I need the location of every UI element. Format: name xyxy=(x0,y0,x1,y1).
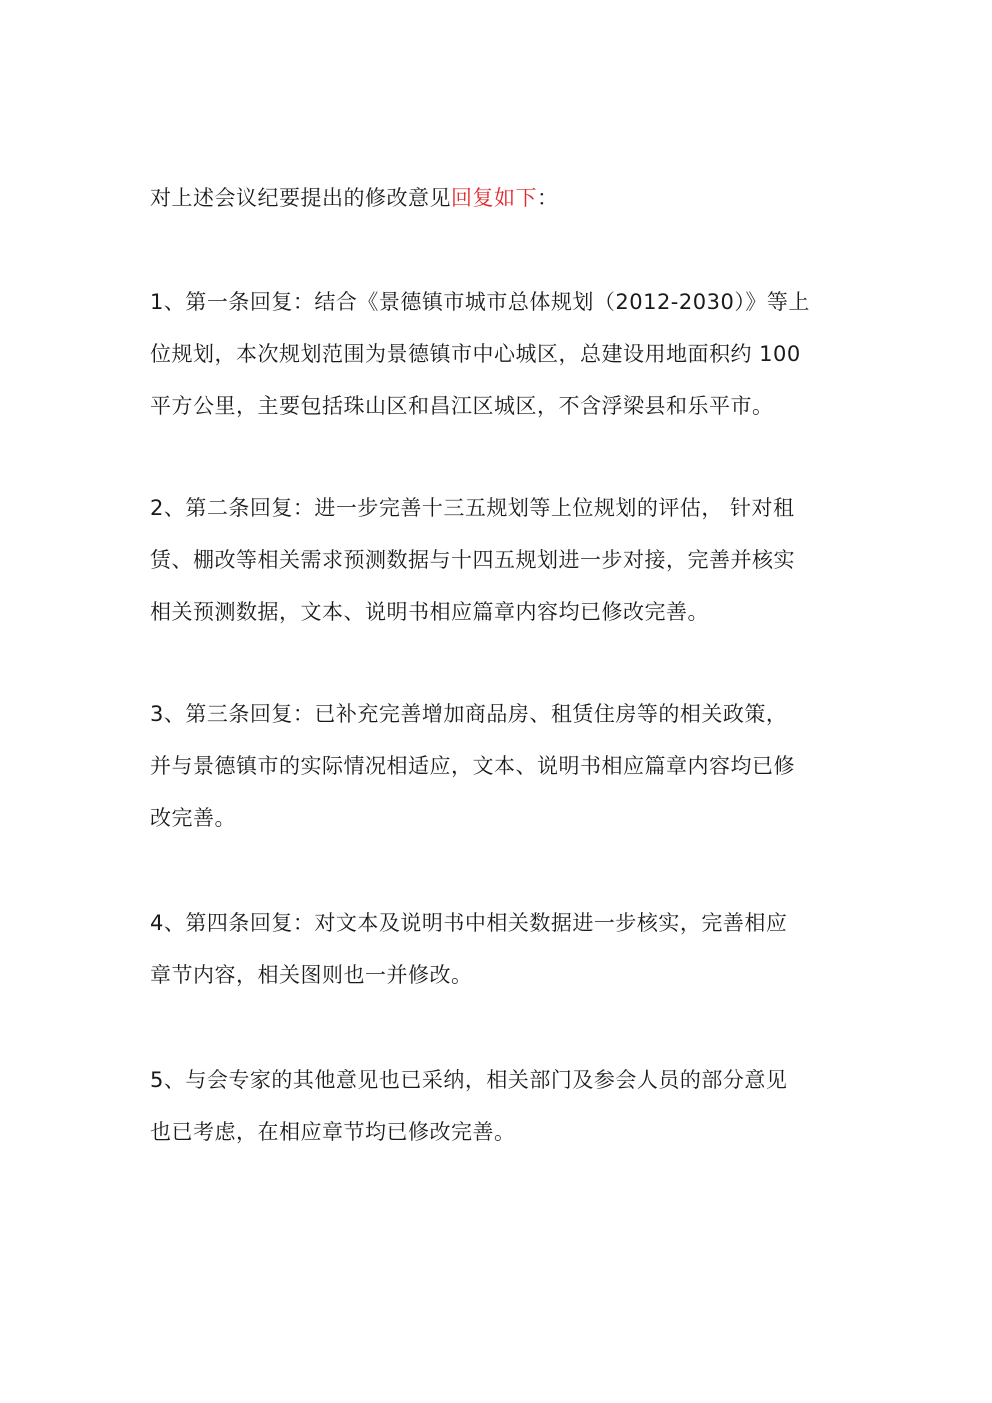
paragraph-line: 平方公里，主要包括珠山区和昌江区城区，不含浮梁县和乐平市。 xyxy=(150,380,850,432)
reply-paragraph-4: 4、第四条回复：对文本及说明书中相关数据进一步核实，完善相应 章节内容，相关图则… xyxy=(150,897,850,1001)
intro-colon: ： xyxy=(537,186,559,210)
intro-highlight: 回复如下 xyxy=(451,186,537,210)
paragraph-line: 3、第三条回复：已补充完善增加商品房、租赁住房等的相关政策， xyxy=(150,688,850,740)
intro-text: 对上述会议纪要提出的修改意见 xyxy=(150,186,451,210)
reply-paragraph-3: 3、第三条回复：已补充完善增加商品房、租赁住房等的相关政策， 并与景德镇市的实际… xyxy=(150,688,850,844)
intro-line: 对上述会议纪要提出的修改意见回复如下： xyxy=(150,183,559,213)
paragraph-line: 1、第一条回复：结合《景德镇市城市总体规划（2012-2030）》等上 xyxy=(150,276,850,328)
paragraph-line: 4、第四条回复：对文本及说明书中相关数据进一步核实，完善相应 xyxy=(150,897,850,949)
paragraph-line: 位规划，本次规划范围为景德镇市中心城区，总建设用地面积约 100 xyxy=(150,328,850,380)
reply-paragraph-2: 2、第二条回复：进一步完善十三五规划等上位规划的评估， 针对租 赁、棚改等相关需… xyxy=(150,482,850,638)
paragraph-line: 2、第二条回复：进一步完善十三五规划等上位规划的评估， 针对租 xyxy=(150,482,850,534)
paragraph-line: 5、与会专家的其他意见也已采纳，相关部门及参会人员的部分意见 xyxy=(150,1054,850,1106)
reply-paragraph-5: 5、与会专家的其他意见也已采纳，相关部门及参会人员的部分意见 也已考虑，在相应章… xyxy=(150,1054,850,1158)
paragraph-line: 也已考虑，在相应章节均已修改完善。 xyxy=(150,1106,850,1158)
paragraph-line: 并与景德镇市的实际情况相适应，文本、说明书相应篇章内容均已修 xyxy=(150,740,850,792)
paragraph-line: 相关预测数据，文本、说明书相应篇章内容均已修改完善。 xyxy=(150,586,850,638)
reply-paragraph-1: 1、第一条回复：结合《景德镇市城市总体规划（2012-2030）》等上 位规划，… xyxy=(150,276,850,432)
paragraph-line: 赁、棚改等相关需求预测数据与十四五规划进一步对接，完善并核实 xyxy=(150,534,850,586)
paragraph-line: 章节内容，相关图则也一并修改。 xyxy=(150,949,850,1001)
paragraph-line: 改完善。 xyxy=(150,792,850,844)
